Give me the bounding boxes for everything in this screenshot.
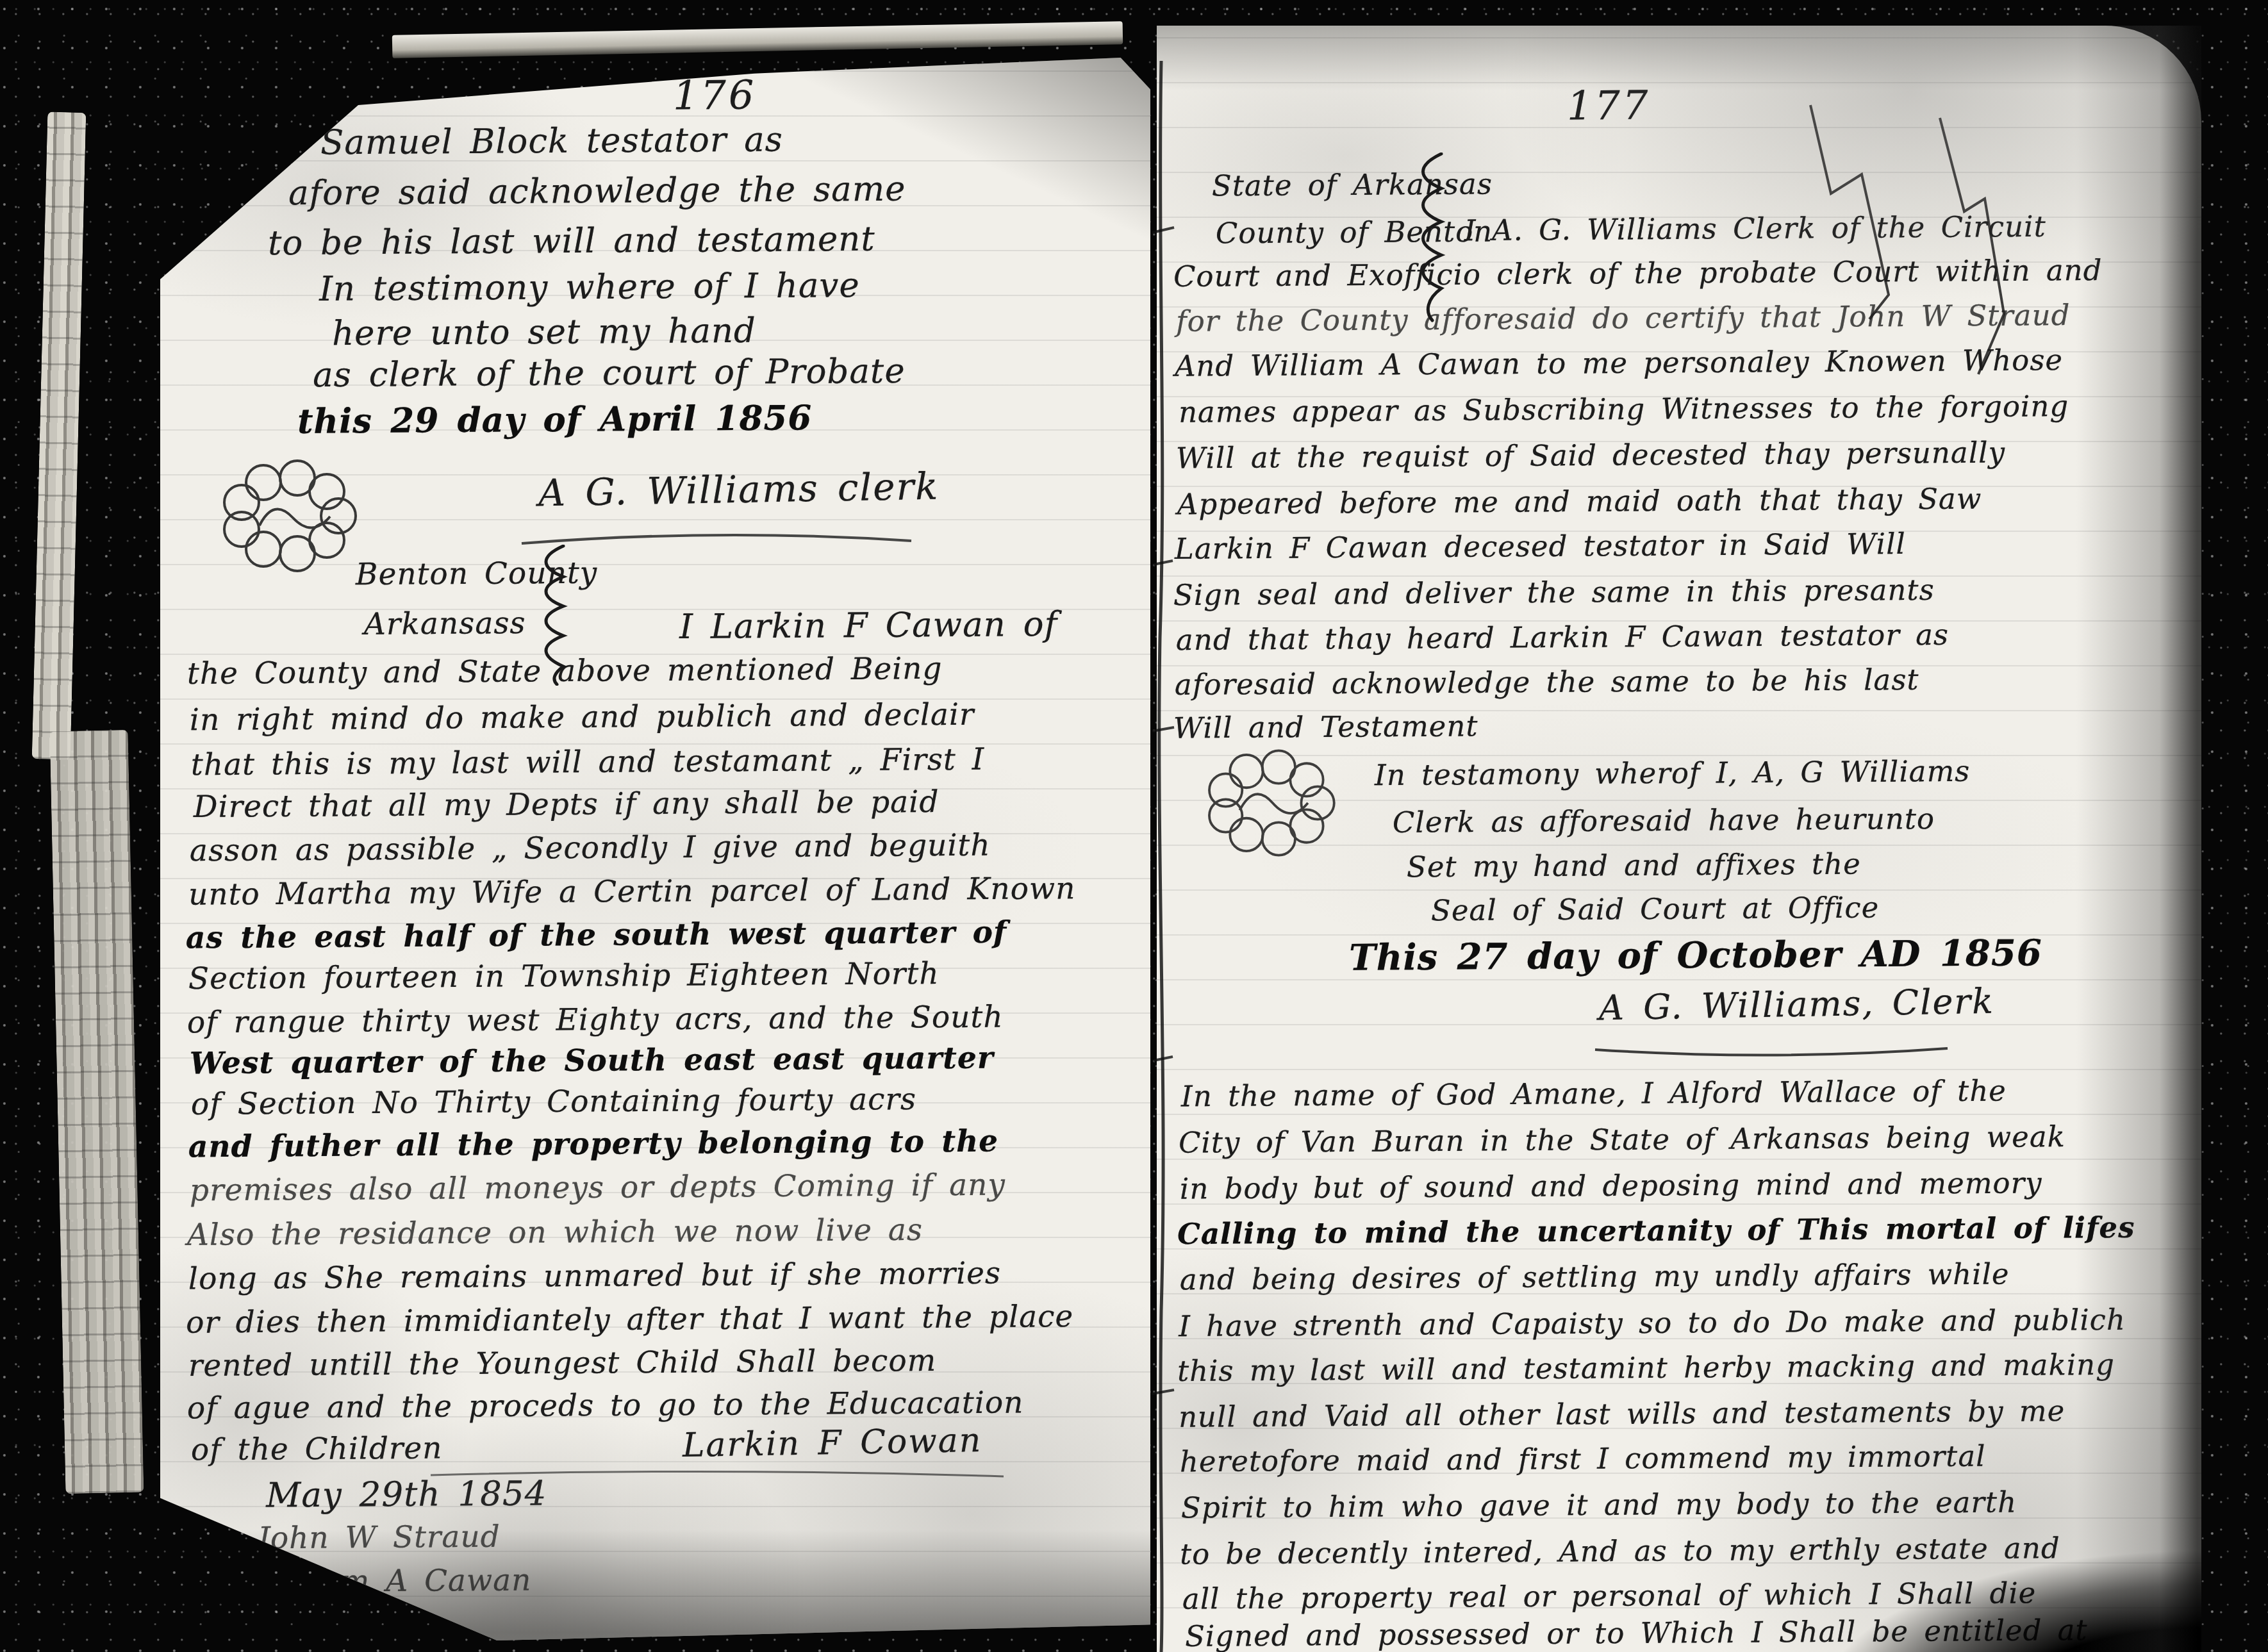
manuscript-line: or dies then immidiantely after that I w… xyxy=(186,1299,1074,1341)
manuscript-line: in right mind do make and publich and de… xyxy=(190,697,975,738)
seal-icon xyxy=(1196,742,1344,864)
manuscript-line: asson as passible „ Secondly I give and … xyxy=(190,828,991,869)
will-opening-line: I Larkin F Cawan of xyxy=(679,605,1058,647)
manuscript-line: City of Van Buran in the State of Arkans… xyxy=(1179,1119,2065,1160)
manuscript-line: this my last will and testamint herby ma… xyxy=(1177,1348,2115,1388)
manuscript-line: In testimony where of I have xyxy=(319,266,860,309)
manuscript-line: afore said acknowledge the same xyxy=(288,170,906,213)
manuscript-line: Clerk as afforesaid have heurunto xyxy=(1393,802,1935,839)
manuscript-line: Set my hand and affixes the xyxy=(1407,847,1861,884)
manuscript-line: Also the residance on which we now live … xyxy=(187,1212,923,1253)
stacked-page-edges xyxy=(50,730,144,1494)
will-date-line: May 29th 1854 xyxy=(266,1474,547,1515)
manuscript-line: and futher all the property belonging to… xyxy=(188,1124,999,1165)
manuscript-line: names appear as Subscribing Witnesses to… xyxy=(1179,389,2069,429)
witness-signature: John W Straud xyxy=(258,1519,501,1557)
manuscript-line: all the property real or personal of whi… xyxy=(1182,1576,2037,1615)
manuscript-line: for the County afforesaid do certify tha… xyxy=(1176,298,2071,338)
manuscript-line: And William A Cawan to me personaley Kno… xyxy=(1175,343,2063,383)
manuscript-line: Section fourteen in Township Eighteen No… xyxy=(188,956,939,996)
manuscript-line: that this is my last will and testamant … xyxy=(191,742,985,783)
manuscript-line: and being desires of settling my undly a… xyxy=(1180,1257,2010,1296)
manuscript-line: premises also all moneys or depts Coming… xyxy=(190,1168,1006,1209)
manuscript-line: the County and State above mentioned Bei… xyxy=(187,651,943,691)
manuscript-line: in body but of sound and deposing mind a… xyxy=(1180,1166,2042,1205)
manuscript-line: as the east half of the south west quart… xyxy=(186,915,1007,956)
manuscript-line: long as She remains unmared but if she m… xyxy=(188,1256,1001,1297)
caption-state: Arkansass xyxy=(364,606,526,642)
certificate-opening-line: I A. G. Williams Clerk of the Circuit xyxy=(1464,210,2046,247)
manuscript-line: of rangue thirty west Eighty acrs, and t… xyxy=(187,1000,1004,1041)
right-page: 177 State of Arkansas County of Benton I… xyxy=(1157,26,2201,1652)
seal-icon xyxy=(211,452,365,580)
manuscript-line: here unto set my hand xyxy=(332,311,756,354)
manuscript-line: of Section No Thirty Containing fourty a… xyxy=(191,1082,916,1122)
underline-flourish-icon xyxy=(519,533,916,550)
manuscript-line: In testamony wherof I, A, G Williams xyxy=(1375,754,1971,792)
manuscript-line: Larkin F Cawan decesed testator in Said … xyxy=(1175,527,1906,566)
left-page: 176 Samuel Block testator as afore said … xyxy=(160,58,1150,1640)
manuscript-line: and that thay heard Larkin F Cawan testa… xyxy=(1176,618,1949,657)
manuscript-line: Calling to mind the uncertanity of This … xyxy=(1177,1210,2135,1251)
manuscript-line: Will and Testament xyxy=(1173,709,1478,745)
manuscript-line: Will at the requist of Said decested tha… xyxy=(1176,435,2005,475)
clerk-signature: A G. Williams, Clerk xyxy=(1598,981,1994,1028)
page-number: 176 xyxy=(673,72,757,119)
caption-county: Benton County xyxy=(356,556,598,593)
clerk-signature: A G. Williams clerk xyxy=(538,465,939,515)
testator-signature: Larkin F Cowan xyxy=(683,1421,982,1465)
manuscript-line: Direct that all my Depts if any shall be… xyxy=(194,784,939,825)
page-behind-sliver xyxy=(392,21,1123,58)
stacked-page-edges xyxy=(32,112,87,759)
certificate-date-line: This 27 day of October AD 1856 xyxy=(1349,932,2042,979)
manuscript-line: to be his last will and testament xyxy=(268,220,875,263)
manuscript-line: heretofore maid and first I commend my i… xyxy=(1180,1439,1986,1479)
manuscript-line: aforesaid acknowledge the same to be his… xyxy=(1175,663,1919,702)
manuscript-line: Seal of Said Court at Office xyxy=(1431,891,1880,928)
manuscript-line: I have strenth and Capaisty so to do Do … xyxy=(1179,1303,2126,1343)
manuscript-line: In the name of God Amane, I Alford Walla… xyxy=(1181,1074,2007,1114)
manuscript-line: West quarter of the South east east quar… xyxy=(190,1041,994,1082)
manuscript-line: to be decently intered, And as to my ert… xyxy=(1180,1531,2060,1571)
manuscript-line: of the Children xyxy=(191,1431,443,1468)
underline-flourish-icon xyxy=(1593,1045,1951,1061)
manuscript-line: as clerk of the court of Probate xyxy=(313,352,906,395)
manuscript-line: Spirit to him who gave it and my body to… xyxy=(1181,1485,2017,1524)
manuscript-line: Sign seal and deliver the same in this p… xyxy=(1173,573,1935,612)
manuscript-line: this 29 day of April 1856 xyxy=(297,398,813,442)
witness-signature: William A Cawan xyxy=(250,1562,532,1599)
manuscript-line: of ague and the proceds to go to the Edu… xyxy=(187,1385,1024,1426)
manuscript-line: Court and Exofficio clerk of the probate… xyxy=(1173,253,2103,293)
page-number: 177 xyxy=(1567,82,1651,129)
manuscript-line: Signed and possessed or to Which I Shall… xyxy=(1185,1613,2088,1652)
manuscript-line: Appeared before me and maid oath that th… xyxy=(1177,482,1982,522)
manuscript-line: unto Martha my Wife a Certin parcel of L… xyxy=(188,871,1076,913)
manuscript-line: Samuel Block testator as xyxy=(320,120,783,162)
manuscript-line: rented untill the Youngest Child Shall b… xyxy=(188,1343,937,1384)
caption-county: County of Benton xyxy=(1216,214,1493,250)
scanned-record-book: { "colors": { "paper": "#f1efe9", "ink":… xyxy=(0,0,2268,1652)
caption-state: State of Arkansas xyxy=(1212,167,1493,202)
manuscript-line: null and Vaid all other last wills and t… xyxy=(1179,1394,2065,1434)
